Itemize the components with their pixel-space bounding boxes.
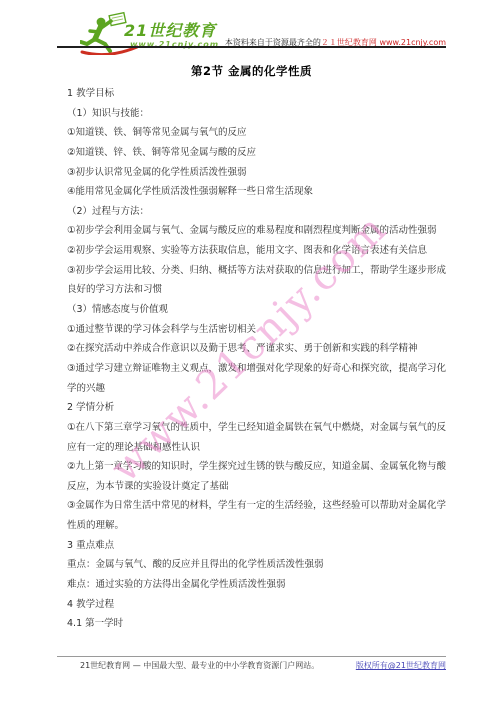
doc-line: ③通过学习建立辩证唯物主义观点，激发和增强对化学现象的好奇心和探究欲，提高学习化 (67, 359, 443, 379)
doc-line-heading-1: 1 教学目标 (67, 84, 443, 104)
doc-line: ②知道镁、锌、铁、铜等常见金属与酸的反应 (67, 143, 443, 163)
doc-line: （2）过程与方法： (67, 202, 443, 222)
doc-line-heading-3: 3 重点难点 (67, 536, 443, 556)
doc-line: ①通过整节课的学习体会科学与生活密切相关 (67, 320, 443, 340)
logo-brand-text: 21世纪教育 (124, 18, 216, 41)
doc-line: （1）知识与技能： (67, 104, 443, 124)
doc-line: 难点：通过实验的方法得出金属化学性质活泼性强弱 (67, 575, 443, 595)
document-page: 21世纪教育 www.21cnjy.com 本资料来自于资源最齐全的２１世纪教育… (0, 0, 500, 707)
doc-line: ④能用常见金属化学性质活泼性强弱解释一些日常生活现象 (67, 182, 443, 202)
footer: 21世纪教育网 — 中国最大型、最专业的中小学教育资源门户网站。 版权所有@21… (57, 660, 446, 671)
doc-line: 应有一定的理论基础和感性认识 (67, 438, 443, 458)
doc-line: 良好的学习方法和习惯 (67, 280, 443, 300)
doc-line: ①在八下第三章学习氧气的性质中，学生已经知道金属铁在氧气中燃烧，对金属与氧气的反 (67, 418, 443, 438)
doc-line-heading-4: 4 教学过程 (67, 595, 443, 615)
document-title: 第2节 金属的化学性质 (57, 63, 446, 79)
doc-line-heading-2: 2 学情分析 (67, 398, 443, 418)
doc-line: ②在探究活动中养成合作意识以及勤于思考、严谨求实、勇于创新和实践的科学精神 (67, 339, 443, 359)
doc-line: ③初步认识常见金属的化学性质活泼性强弱 (67, 163, 443, 183)
doc-line: ①初步学会利用金属与氧气、金属与酸反应的难易程度和剧烈程度判断金属的活动性强弱 (67, 221, 443, 241)
footer-description: 21世纪教育网 — 中国最大型、最专业的中小学教育资源门户网站。 (57, 660, 319, 671)
doc-line: ①知道镁、铁、铜等常见金属与氧气的反应 (67, 123, 443, 143)
doc-line: 性质的理解。 (67, 516, 443, 536)
footer-divider (57, 656, 446, 657)
doc-line: ③初步学会运用比较、分类、归纳、概括等方法对获取的信息进行加工，帮助学生逐步形成 (67, 261, 443, 281)
doc-line: 重点：金属与氧气、酸的反应并且得出的化学性质活泼性强弱 (67, 555, 443, 575)
doc-line: ②初步学会运用观察、实验等方法获取信息，能用文字、图表和化学语言表述有关信息 (67, 241, 443, 261)
doc-line: ③金属作为日常生活中常见的材料，学生有一定的生活经验，这些经验可以帮助对金属化学 (67, 496, 443, 516)
copyright-link[interactable]: 版权所有@21世纪教育网 (356, 660, 446, 671)
document-body: 1 教学目标 （1）知识与技能： ①知道镁、铁、铜等常见金属与氧气的反应 ②知道… (67, 84, 443, 634)
doc-line: （3）情感态度与价值观 (67, 300, 443, 320)
header-divider (57, 46, 446, 48)
doc-line: ②九上第一章学习酸的知识时，学生探究过生锈的铁与酸反应，知道金属、金属氧化物与酸 (67, 457, 443, 477)
doc-line: 4.1 第一学时 (67, 614, 443, 634)
doc-line: 学的兴趣 (67, 379, 443, 399)
doc-line: 反应，为本节课的实验设计奠定了基础 (67, 477, 443, 497)
